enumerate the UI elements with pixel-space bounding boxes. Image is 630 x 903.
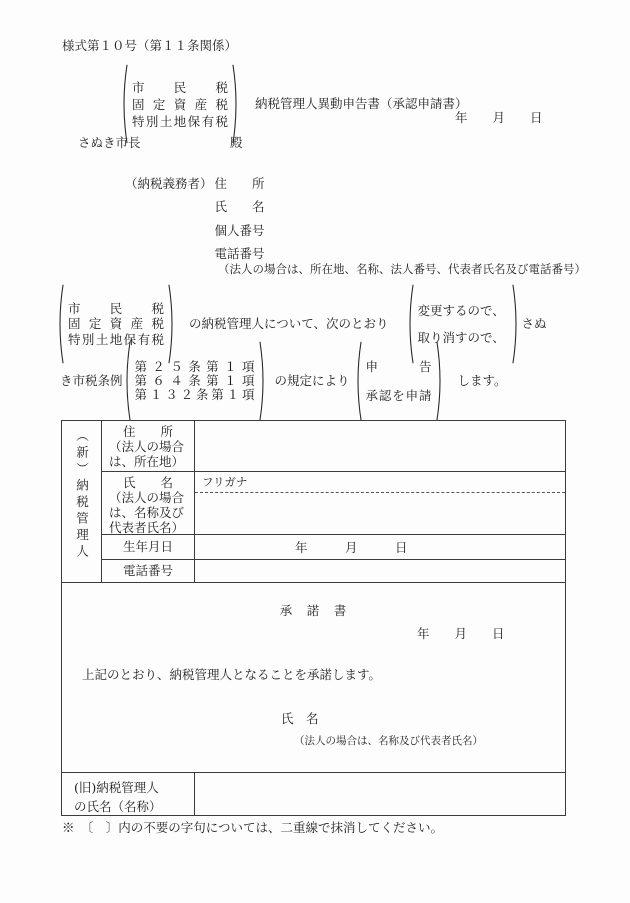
- old-manager-label-line: の氏名（名称）: [74, 797, 194, 816]
- name-value-cell: フリガナ: [195, 472, 565, 535]
- taxpayer-block: （納税義務者） 住所 氏名 個人番号 電話番号: [125, 172, 265, 266]
- new-manager-vertical-label-cell: （新）納税管理人: [62, 421, 102, 583]
- tax-type-bracket-header: 市民税 固定資産税 特別土地保有税: [120, 62, 240, 146]
- phone-value-cell: [195, 560, 565, 583]
- address-value-cell: [195, 421, 565, 472]
- right-paren-icon: [232, 64, 240, 144]
- declaration-text-2: の規定により: [275, 373, 350, 389]
- consent-title: 承 諾 書: [62, 583, 565, 618]
- action-bracket: 申告 承認を申請: [354, 339, 444, 423]
- phone-label: 電話番号: [123, 563, 173, 579]
- name-label: 氏名: [123, 475, 173, 490]
- new-manager-label: （新）納税管理人: [62, 429, 102, 582]
- taxpayer-label: （納税義務者）: [125, 172, 213, 195]
- addressee-honorific: 殿: [230, 135, 243, 151]
- address-note: （法人の場合は、所在地）: [109, 439, 187, 469]
- form-title: 納税管理人異動申告書（承認申請書）: [255, 96, 468, 112]
- consent-body: 上記のとおり、納税管理人となることを承諾します。: [62, 667, 565, 682]
- taxpayer-corporate-note: （法人の場合は、所在地、名称、法人番号、代表者氏名及び電話番号）: [218, 261, 586, 277]
- articles-bracket: 第２５条第１項 第６４条第１項 第１３２条第１項: [123, 339, 267, 423]
- form-number: 様式第１０号（第１１条関係）: [62, 38, 237, 54]
- header-title-row: 市民税 固定資産税 特別土地保有税 納税管理人異動申告書（承認申請書）: [120, 62, 468, 146]
- declaration-text-1: の納税管理人について、次のとおり: [189, 316, 389, 332]
- declaration-line1-end: さぬ: [522, 316, 547, 332]
- old-manager-value-cell: [195, 773, 565, 815]
- consent-section: 承 諾 書 年 月 日 上記のとおり、納税管理人となることを承諾します。 氏 名…: [62, 583, 565, 773]
- action-approval: 承認を申請: [366, 388, 432, 403]
- form-page: 様式第１０号（第１１条関係） 市民税 固定資産税 特別土地保有税 納税管理人異動…: [0, 0, 630, 903]
- footnote: ※ 〔 〕内の不要の字句については、二重線で抹消してください。: [62, 820, 443, 836]
- tax-type-line: 固定資産税: [68, 316, 164, 332]
- consent-name-note: （法人の場合は、名称及び代表者氏名）: [62, 735, 565, 747]
- declaration-line2-start: き市税条例: [60, 373, 123, 389]
- header-date-line: 年 月 日: [455, 110, 543, 126]
- consent-name-label: 氏 名: [62, 712, 565, 726]
- old-manager-label-line: (旧)納税管理人: [74, 778, 194, 797]
- tax-type-line: 固定資産税: [132, 96, 228, 113]
- left-paren-icon: [123, 341, 131, 421]
- left-paren-icon: [120, 64, 128, 144]
- taxpayer-field-address: 住所: [215, 172, 265, 195]
- birthdate-label-cell: 生年月日: [102, 535, 195, 560]
- right-paren-icon: [436, 341, 444, 421]
- addressee: さぬき市長: [78, 135, 141, 151]
- declaration-line2-end: します。: [458, 373, 507, 389]
- left-paren-icon: [354, 341, 362, 421]
- right-paren-icon: [259, 341, 267, 421]
- furigana-label: フリガナ: [195, 472, 565, 493]
- name-label-cell: 氏名 （法人の場合は、名称及び代表者氏名）: [102, 472, 195, 535]
- old-manager-label-cell: (旧)納税管理人 の氏名（名称）: [62, 773, 195, 815]
- tax-type-line: 市民税: [68, 301, 164, 317]
- change-option: 変更するので、: [418, 303, 508, 318]
- action-report: 申告: [366, 359, 432, 374]
- article-line: 第２５条第１項: [135, 360, 255, 374]
- article-line: 第６４条第１項: [135, 374, 255, 388]
- manager-table: （新）納税管理人 住所 （法人の場合は、所在地） 氏名 （法人の場合は、名称及び…: [61, 420, 566, 816]
- tax-type-line: 特別土地保有税: [132, 113, 228, 130]
- article-line: 第１３２条第１項: [135, 388, 255, 402]
- address-label-cell: 住所 （法人の場合は、所在地）: [102, 421, 195, 472]
- declaration-line-2: き市税条例 第２５条第１項 第６４条第１項 第１３２条第１項 の規定により 申告…: [60, 355, 507, 407]
- tax-type-line: 市民税: [132, 79, 228, 96]
- name-note: （法人の場合は、名称及び代表者氏名）: [109, 490, 187, 535]
- address-label: 住所: [123, 424, 173, 439]
- left-paren-icon: [56, 284, 64, 364]
- birthdate-value-cell: 年 月 日: [195, 535, 565, 560]
- birthdate-label: 生年月日: [123, 539, 173, 555]
- taxpayer-field-personal-number: 個人番号: [215, 219, 265, 242]
- taxpayer-field-name: 氏名: [215, 195, 265, 218]
- right-paren-icon: [512, 284, 520, 364]
- phone-label-cell: 電話番号: [102, 560, 195, 583]
- consent-date-line: 年 月 日: [62, 627, 565, 641]
